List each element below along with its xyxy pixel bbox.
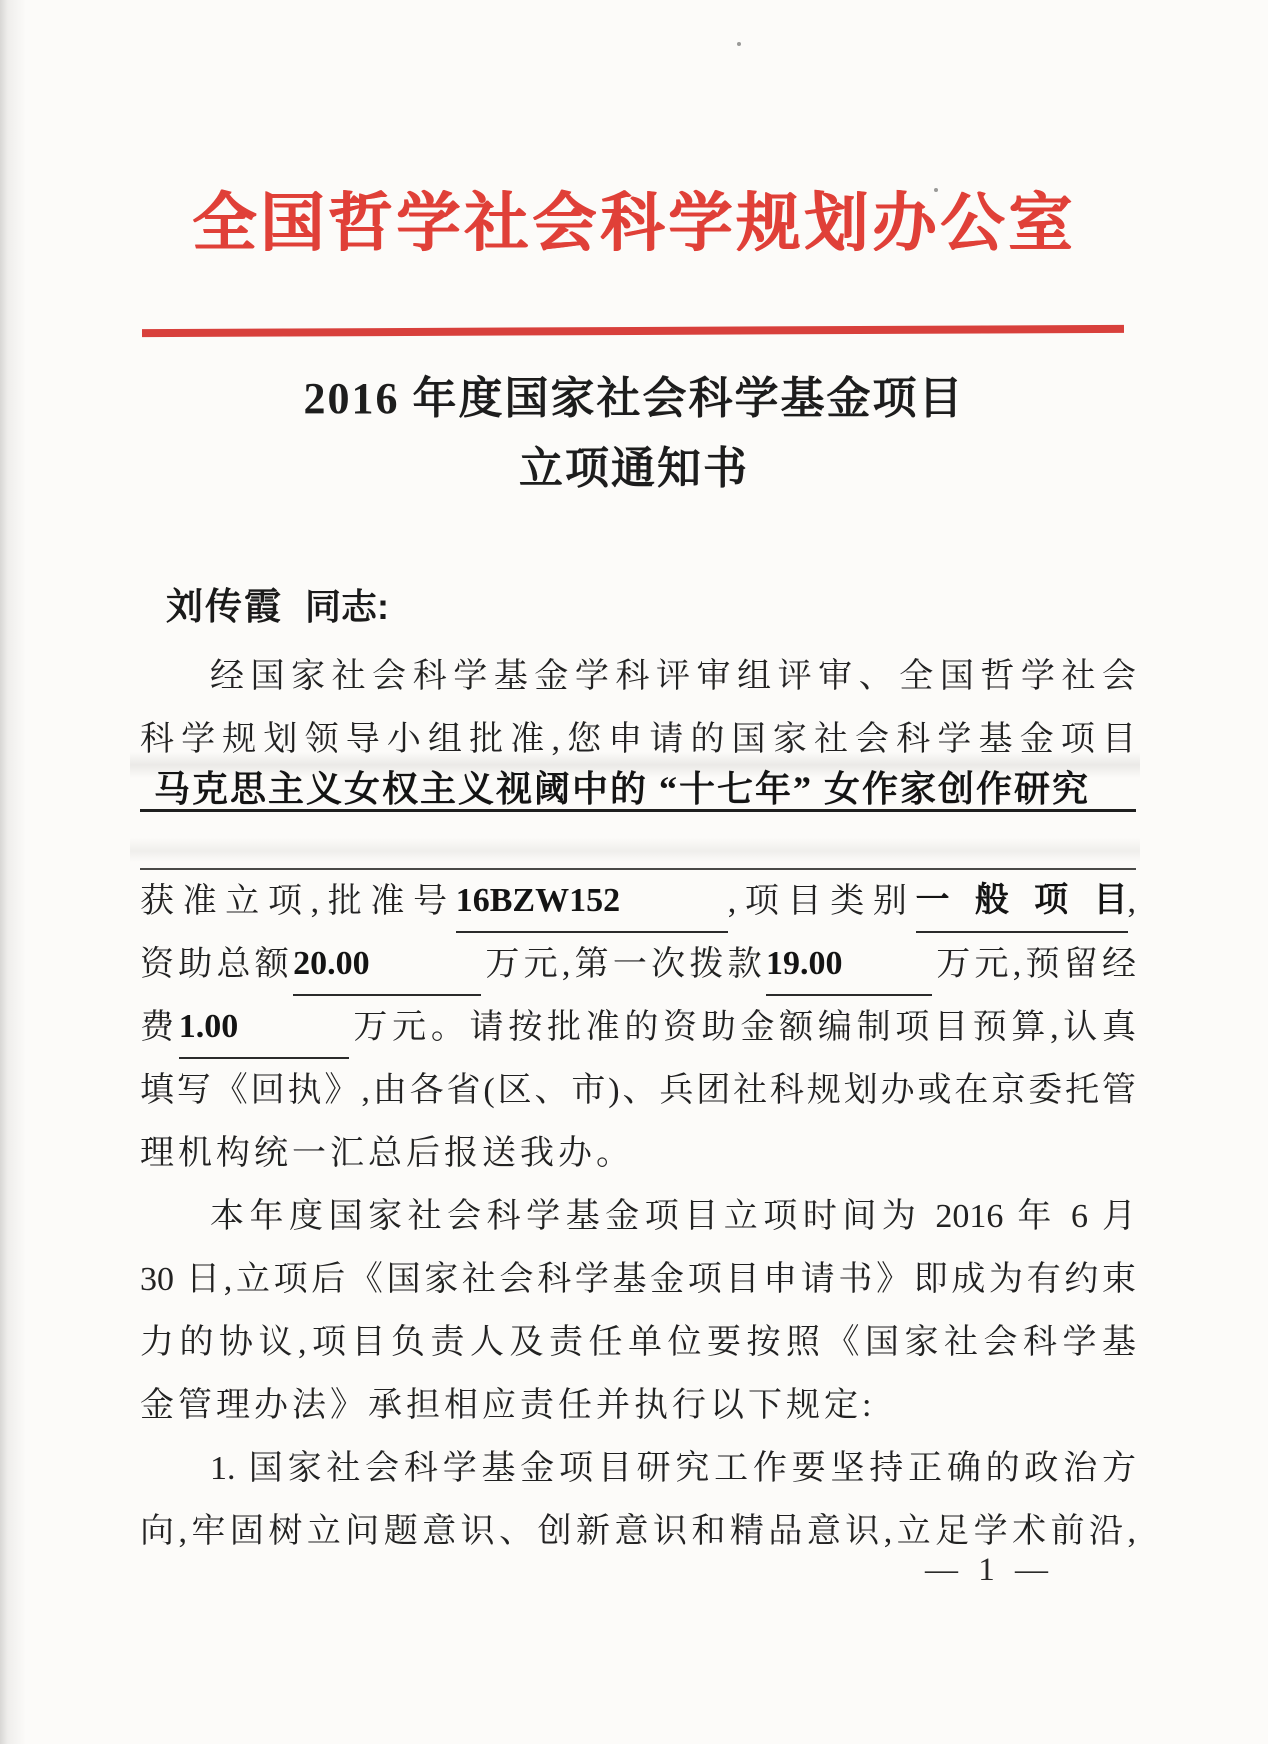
paragraph2-line3: 力的协议,项目负责人及责任单位要按照《国家社会科学基: [140, 1311, 1136, 1374]
funding-text-3: 万元,预留经: [932, 946, 1136, 983]
letterhead-rule: [142, 325, 1124, 337]
document-title: 2016 年度国家社会科学基金项目 立项通知书: [0, 364, 1268, 504]
letter-body: 经国家社会科学基金学科评审组评审、全国哲学社会 科学规划领导小组批准,您申请的国…: [140, 645, 1136, 1563]
funding-text-2: 万元,第一次拨款: [481, 946, 766, 983]
approval-line: 获准立项,批准号16BZW152,项目类别一般项目,: [140, 870, 1136, 933]
fee-text-1: 费: [140, 1009, 179, 1046]
approval-text-1: 获准立项,批准号: [140, 883, 456, 920]
total-amount-value: 20.00: [293, 933, 481, 996]
first-payment-value: 19.00: [766, 933, 932, 996]
reserved-amount-value: 1.00: [179, 996, 349, 1059]
salutation: 刘传霞 同志:: [166, 576, 389, 630]
fee-text-2: 万元。请按批准的资助金额编制项目预算,认真: [349, 1009, 1136, 1046]
project-title-blank-underline: [140, 812, 1136, 870]
approval-number-value: 16BZW152: [456, 870, 728, 933]
letterhead-org-name: 全国哲学社会科学规划办公室: [0, 172, 1268, 264]
paragraph2-line1: 本年度国家社会科学基金项目立项时间为 2016 年 6 月: [140, 1185, 1136, 1248]
paragraph1-line7: 理机构统一汇总后报送我办。: [140, 1122, 1136, 1185]
funding-line: 资助总额20.00万元,第一次拨款19.00万元,预留经: [140, 933, 1136, 996]
approval-text-2: ,项目类别: [728, 883, 916, 920]
paragraph1-line1: 经国家社会科学基金学科评审组评审、全国哲学社会: [140, 645, 1136, 708]
notice-document-page: 全国哲学社会科学规划办公室 2016 年度国家社会科学基金项目 立项通知书 刘传…: [0, 0, 1268, 1744]
paragraph1-line6: 填写《回执》,由各省(区、市)、兵团社科规划办或在京委托管: [140, 1059, 1136, 1122]
project-category-value: 一般项目: [916, 870, 1128, 933]
page-number: — 1 —: [925, 1552, 1054, 1589]
salutation-suffix: 同志:: [305, 586, 389, 627]
scan-speck: [737, 42, 741, 46]
recipient-name: 刘传霞: [166, 587, 283, 628]
approval-text-3: ,: [1128, 883, 1137, 920]
paragraph2-line4: 金管理办法》承担相应责任并执行以下规定:: [140, 1374, 1136, 1437]
fee-line: 费1.00万元。请按批准的资助金额编制项目预算,认真: [140, 996, 1136, 1059]
paragraph2-line2: 30 日,立项后《国家社会科学基金项目申请书》即成为有约束: [140, 1248, 1136, 1311]
document-title-line1: 2016 年度国家社会科学基金项目: [0, 364, 1268, 434]
document-title-line2: 立项通知书: [0, 434, 1268, 504]
funding-text-1: 资助总额: [140, 946, 293, 983]
paragraph1-line2: 科学规划领导小组批准,您申请的国家社会科学基金项目: [140, 708, 1136, 771]
project-title-fill: 马克思主义女权主义视阈中的 “十七年” 女作家创作研究: [140, 771, 1136, 812]
paragraph3-line1: 1. 国家社会科学基金项目研究工作要坚持正确的政治方: [140, 1437, 1136, 1500]
